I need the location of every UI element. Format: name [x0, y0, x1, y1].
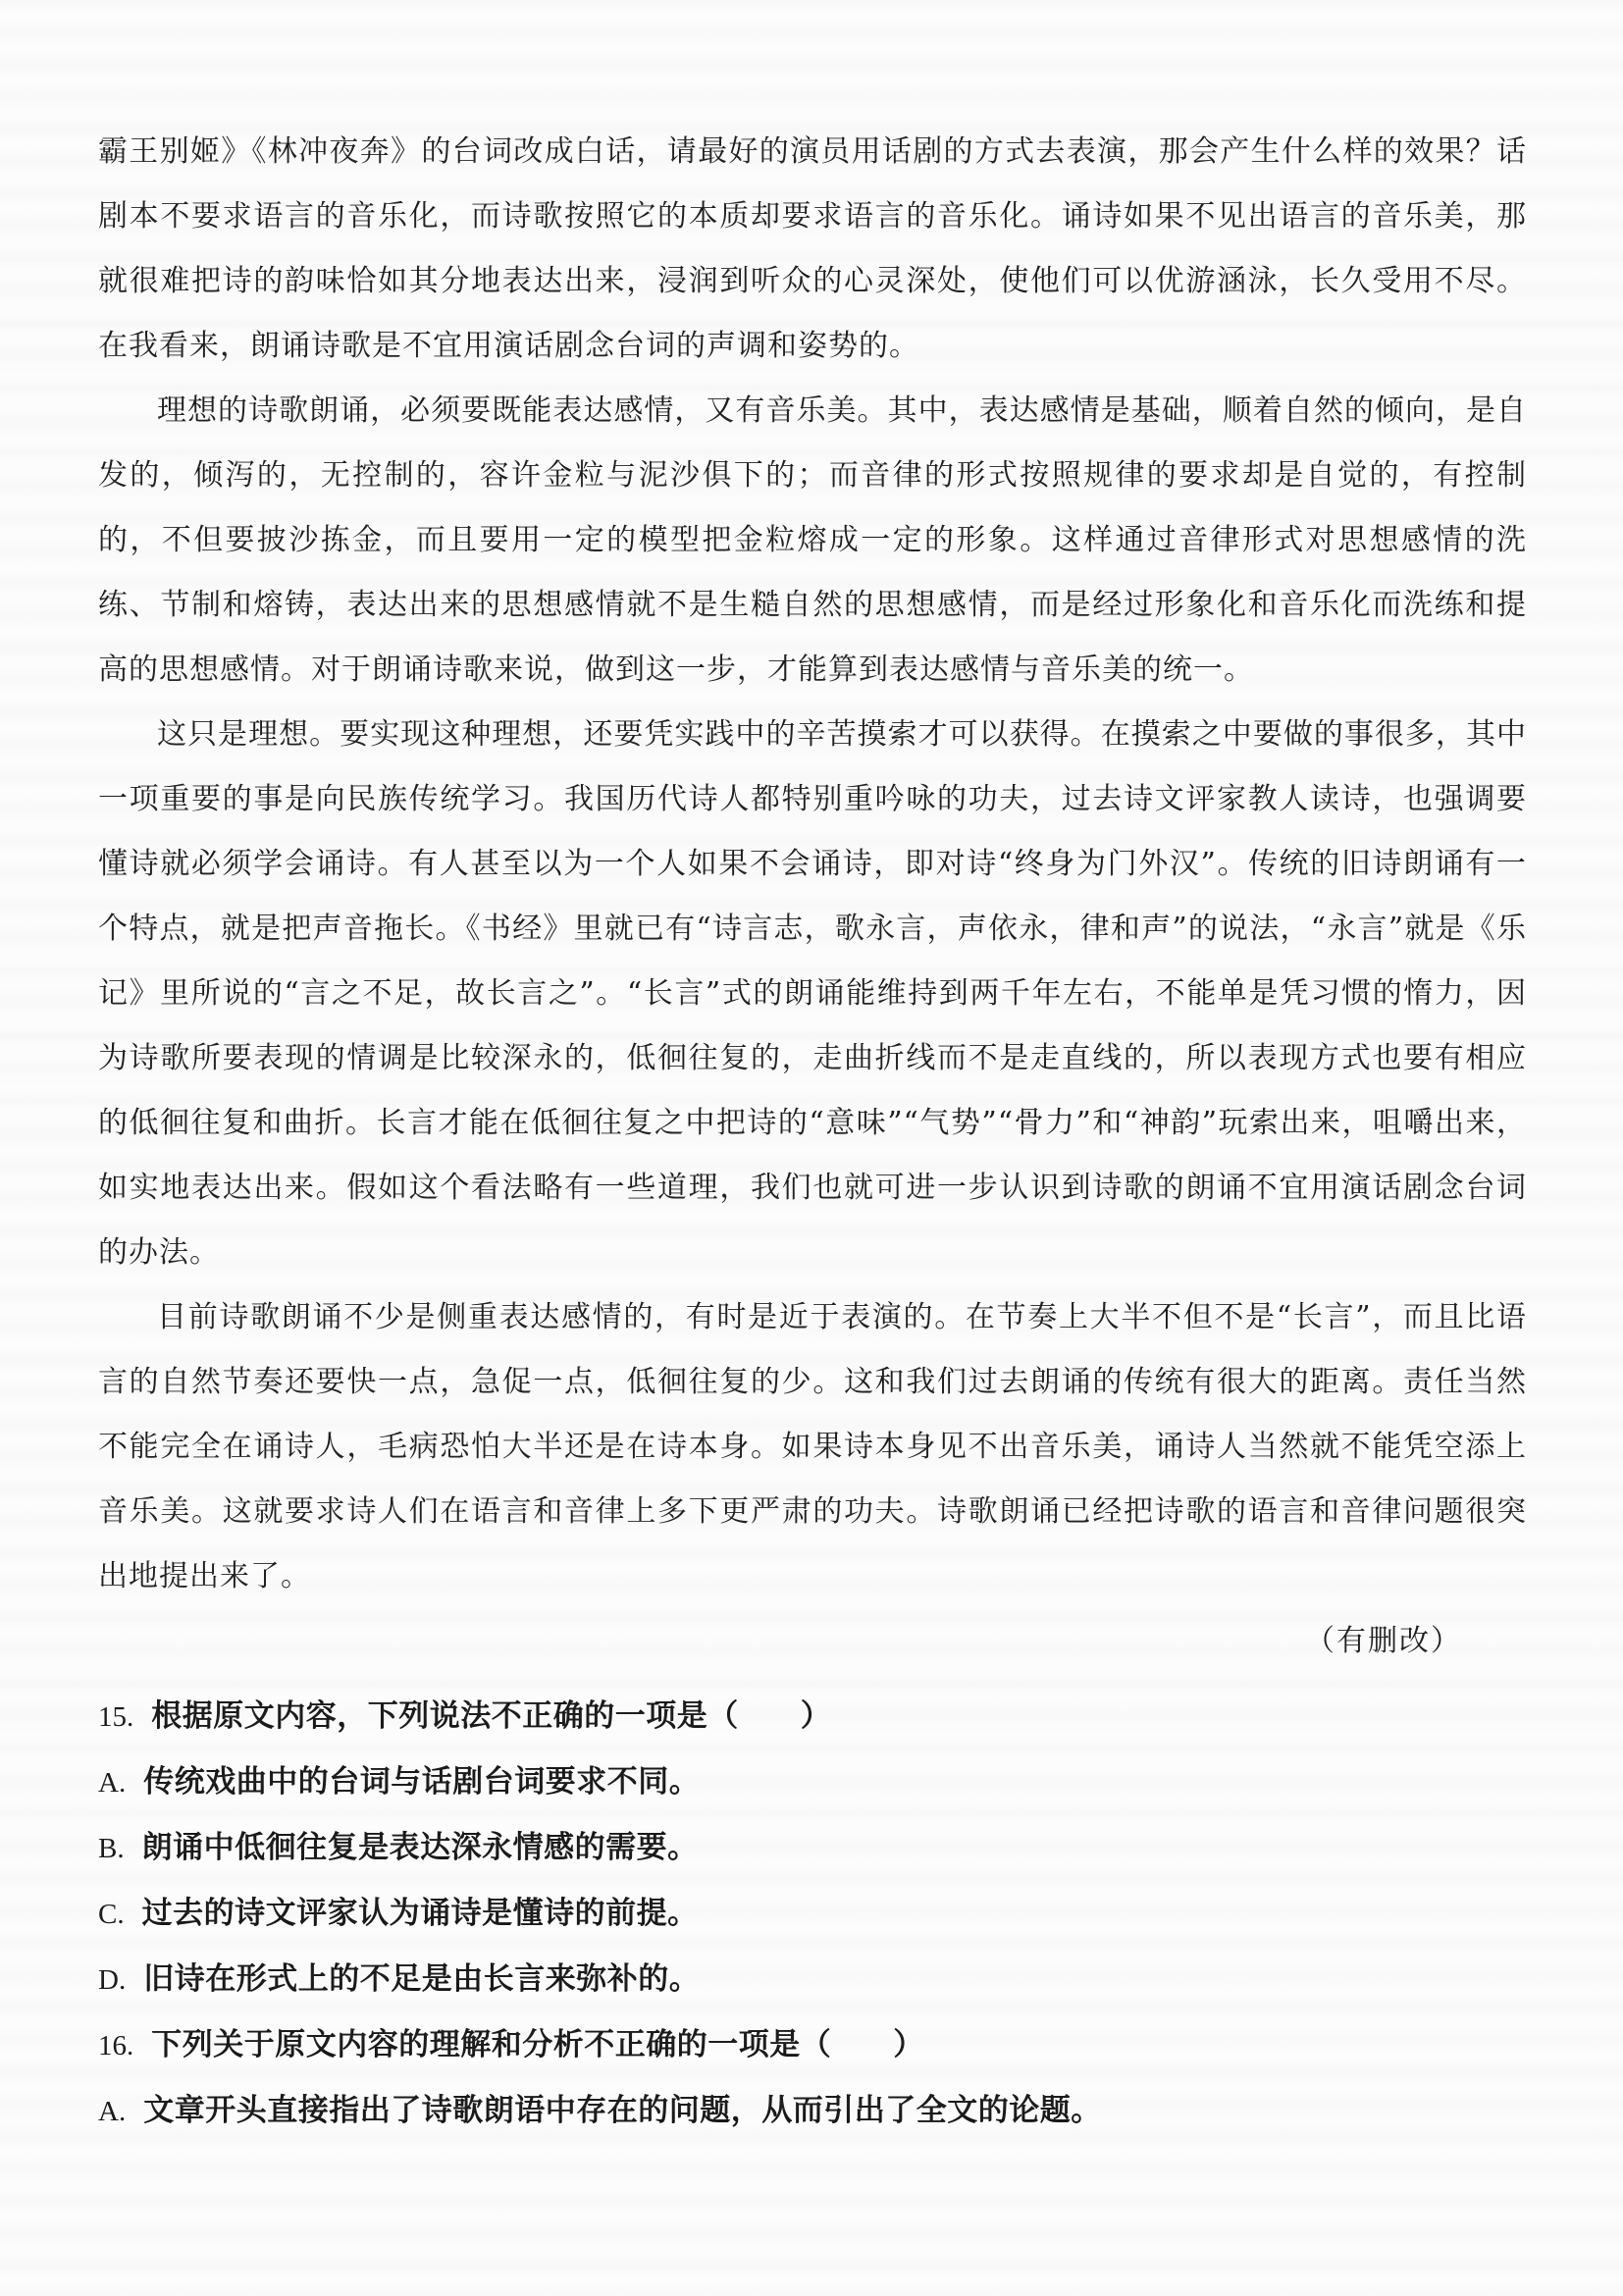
option-c-label: C. — [98, 1882, 125, 1947]
passage-attribution: （有删改） — [98, 1609, 1527, 1674]
question-15-option-d: D. 旧诗在形式上的不足是由长言来弥补的。 — [98, 1947, 1527, 2012]
question-15: 15. 根据原文内容，下列说法不正确的一项是（ ） — [98, 1684, 1527, 1749]
question-16-option-a: A. 文章开头直接指出了诗歌朗语中存在的问题，从而引出了全文的论题。 — [98, 2078, 1527, 2144]
option-b-text: 朗诵中低徊往复是表达深永情感的需要。 — [142, 1815, 699, 1880]
question-15-option-c: C. 过去的诗文评家认为诵诗是懂诗的前提。 — [98, 1881, 1527, 1947]
option-d-label: D. — [98, 1948, 126, 2012]
question-16: 16. 下列关于原文内容的理解和分析不正确的一项是（ ） — [98, 2012, 1527, 2078]
option-a-label: A. — [98, 2079, 126, 2144]
option-b-label: B. — [98, 1816, 125, 1881]
question-15-option-b: B. 朗诵中低徊往复是表达深永情感的需要。 — [98, 1815, 1527, 1881]
passage-paragraph-3: 这只是理想。要实现这种理想，还要凭实践中的辛苦摸索才可以获得。在摸索之中要做的事… — [98, 703, 1527, 1285]
question-15-number: 15. — [98, 1685, 133, 1749]
option-d-text: 旧诗在形式上的不足是由长言来弥补的。 — [143, 1947, 700, 2011]
passage-paragraph-1: 霸王别姬》《林冲夜奔》的台词改成白话，请最好的演员用话剧的方式去表演，那会产生什… — [98, 120, 1527, 379]
option-a-text: 传统戏曲中的台词与话剧台词要求不同。 — [143, 1749, 700, 1814]
question-16-stem: 下列关于原文内容的理解和分析不正确的一项是（ ） — [151, 2012, 924, 2077]
option-c-text: 过去的诗文评家认为诵诗是懂诗的前提。 — [142, 1881, 699, 1946]
reading-passage: 霸王别姬》《林冲夜奔》的台词改成白话，请最好的演员用话剧的方式去表演，那会产生什… — [98, 120, 1527, 1609]
option-a-text: 文章开头直接指出了诗歌朗语中存在的问题，从而引出了全文的论题。 — [143, 2078, 1102, 2143]
question-15-stem: 根据原文内容，下列说法不正确的一项是（ ） — [151, 1684, 831, 1748]
question-15-option-a: A. 传统戏曲中的台词与话剧台词要求不同。 — [98, 1749, 1527, 1815]
document-page: 霸王别姬》《林冲夜奔》的台词改成白话，请最好的演员用话剧的方式去表演，那会产生什… — [0, 0, 1623, 2296]
passage-paragraph-2: 理想的诗歌朗诵，必须要既能表达感情，又有音乐美。其中，表达感情是基础，顺着自然的… — [98, 379, 1527, 703]
question-16-number: 16. — [98, 2013, 133, 2078]
option-a-label: A. — [98, 1750, 126, 1815]
passage-paragraph-4: 目前诗歌朗诵不少是侧重表达感情的，有时是近于表演的。在节奏上大半不但不是“长言”… — [98, 1285, 1527, 1609]
questions-section: 15. 根据原文内容，下列说法不正确的一项是（ ） A. 传统戏曲中的台词与话剧… — [98, 1684, 1527, 2144]
